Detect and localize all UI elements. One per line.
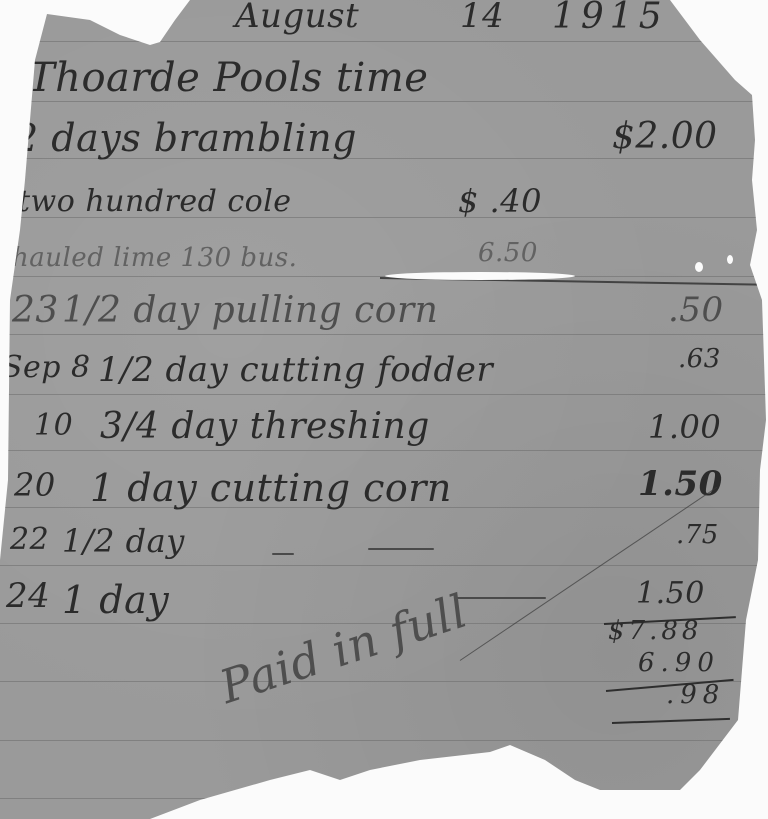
entry-description: 1 day [62,578,169,622]
ruled-line [0,41,768,42]
ditto-dash [272,553,294,555]
ruled-line [0,394,768,395]
ruled-line [0,681,768,682]
entry-description: hauled lime 130 bus. [12,243,297,273]
entry-date: Sep 8 [2,350,91,385]
entry-date: 22 [10,522,49,557]
paper-tear-gap [385,272,575,280]
date-year: 1915 [552,0,668,37]
balance-underline [612,718,730,724]
total-sum: $7.88 [608,616,702,646]
entry-date: 20 [14,466,56,504]
torn-paper-sheet: August 14 1915 Thoarde Pools time 2 days… [0,0,768,819]
ruled-line [0,565,768,566]
entry-amount: 1.00 [648,408,721,446]
paper-hole [695,262,703,272]
paid-in-full-note: Paid in full [213,583,473,714]
entry-amount: $2.00 [612,116,718,157]
entry-date: 23 [12,290,59,331]
entry-amount: 6.50 [478,238,538,268]
ruled-line [0,334,768,335]
entry-description: 1/2 day [62,522,185,560]
ruled-line [0,450,768,451]
entry-amount: .50 [668,290,724,330]
entry-date: 10 [34,408,73,443]
date-month: August [235,0,359,36]
entry-date: 24 [6,576,50,616]
entry-amount: 1.50 [638,464,723,504]
ditto-dash [368,548,434,550]
entry-description: 1/2 day cutting fodder [98,350,493,390]
ruled-line [0,101,768,102]
date-day: 14 [460,0,504,36]
entry-amount: $ .40 [458,182,542,220]
entry-description: 3/4 day threshing [100,406,430,447]
entry-description: two hundred cole [18,184,292,219]
total-less: 6.90 [638,648,720,678]
paper-hole [727,255,733,264]
ditto-dash [456,597,546,599]
ruled-line [0,798,768,799]
ruled-line [0,740,768,741]
total-balance: .98 [666,680,725,710]
entry-amount: .75 [676,520,719,550]
entry-amount: .63 [678,344,721,374]
entry-description: 2 days brambling [14,116,357,160]
entry-description: 1/2 day pulling corn [62,290,438,331]
ledger-heading: Thoarde Pools time [28,55,428,101]
entry-description: 1 day cutting corn [90,466,452,510]
entry-amount: 1.50 [636,576,705,611]
